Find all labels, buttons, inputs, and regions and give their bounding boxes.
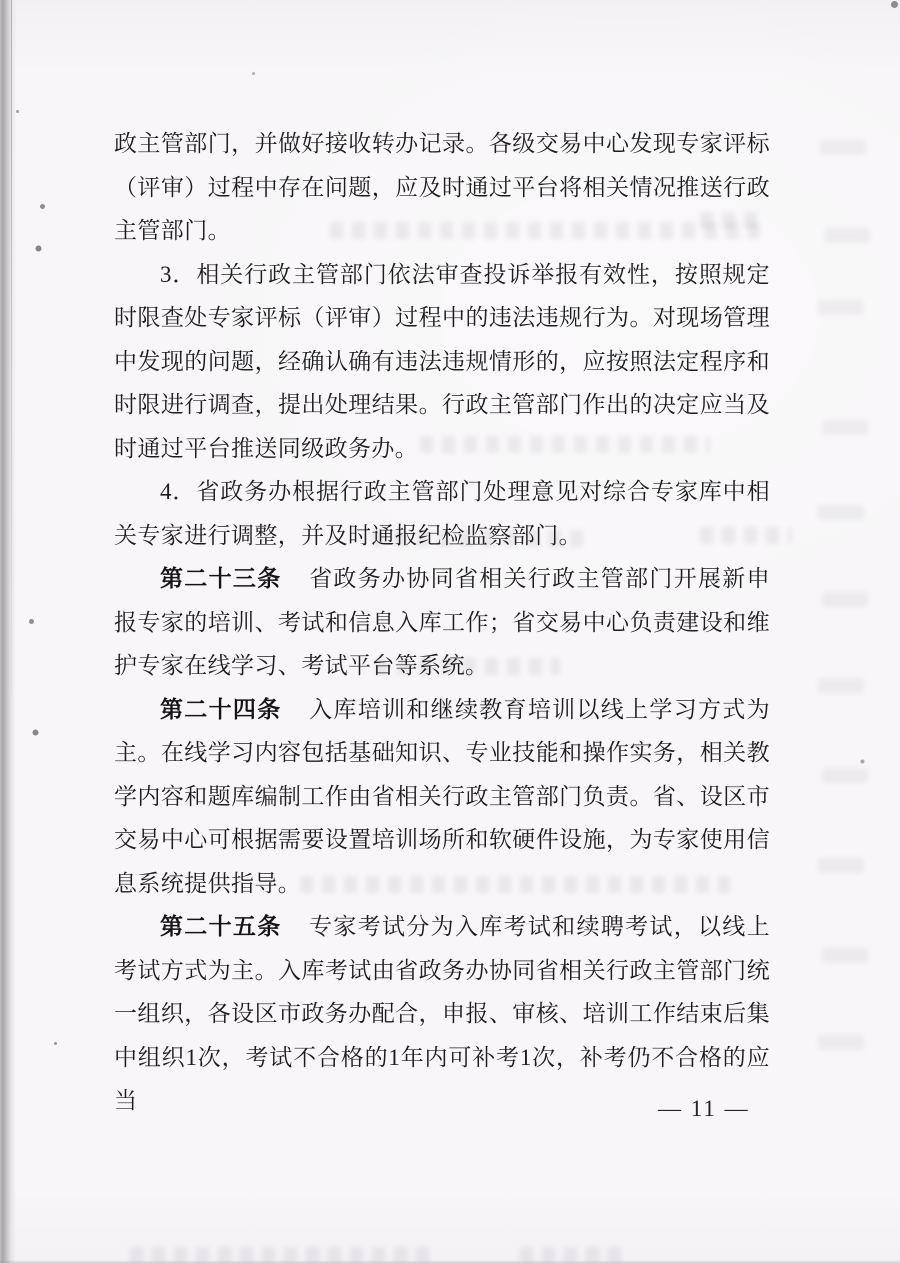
ink-bleedthrough-blob bbox=[822, 768, 868, 783]
paragraph-text: 4．省政务办根据行政主管部门处理意见对综合专家库中相关专家进行调整，并及时通报纪… bbox=[114, 479, 770, 548]
ink-bleedthrough-blob bbox=[824, 228, 870, 243]
scanned-document-page: 政主管部门，并做好接收转办记录。各级交易中心发现专家评标（评审）过程中存在问题，… bbox=[0, 0, 900, 1263]
article-paragraph: 第二十四条入库培训和继续教育培训以线上学习方式为主。在线学习内容包括基础知识、专… bbox=[114, 688, 770, 906]
ink-bleedthrough-blob bbox=[818, 505, 864, 520]
article-number-heading: 第二十五条 bbox=[160, 914, 282, 939]
paragraph: 3．相关行政主管部门依法审查投诉举报有效性，按照规定时限查处专家评标（评审）过程… bbox=[114, 253, 770, 471]
article-paragraph: 第二十三条省政务办协同省相关行政主管部门开展新申报专家的培训、考试和信息入库工作… bbox=[114, 557, 770, 688]
paragraph: 政主管部门，并做好接收转办记录。各级交易中心发现专家评标（评审）过程中存在问题，… bbox=[114, 122, 770, 253]
article-paragraph: 第二十五条专家考试分为入库考试和续聘考试，以线上考试方式为主。入库考试由省政务办… bbox=[114, 905, 770, 1123]
paragraph-text: 专家考试分为入库考试和续聘考试，以线上考试方式为主。入库考试由省政务办协同省相关… bbox=[114, 914, 770, 1113]
ink-bleedthrough-blob bbox=[818, 300, 864, 315]
paragraph-text: 3．相关行政主管部门依法审查投诉举报有效性，按照规定时限查处专家评标（评审）过程… bbox=[114, 262, 770, 461]
paragraph: 4．省政务办根据行政主管部门处理意见对综合专家库中相关专家进行调整，并及时通报纪… bbox=[114, 470, 770, 557]
page-number: — 11 — bbox=[658, 1095, 750, 1123]
article-number-heading: 第二十三条 bbox=[160, 566, 282, 591]
ink-bleedthrough-blob bbox=[820, 140, 866, 155]
ink-bleedthrough-blob bbox=[818, 678, 864, 693]
paragraph-text: 入库培训和继续教育培训以线上学习方式为主。在线学习内容包括基础知识、专业技能和操… bbox=[114, 697, 770, 896]
ink-bleedthrough-blob bbox=[818, 1035, 864, 1050]
ink-bleedthrough-blob bbox=[822, 592, 868, 607]
article-number-heading: 第二十四条 bbox=[160, 697, 282, 722]
ink-bleedthrough-blob bbox=[822, 948, 868, 963]
paragraph-text: 政主管部门，并做好接收转办记录。各级交易中心发现专家评标（评审）过程中存在问题，… bbox=[114, 131, 770, 243]
ink-bleedthrough-blob bbox=[818, 858, 864, 873]
scan-edge-shadow-left bbox=[0, 0, 16, 1263]
ink-bleedthrough-blob bbox=[822, 420, 868, 435]
document-body: 政主管部门，并做好接收转办记录。各级交易中心发现专家评标（评审）过程中存在问题，… bbox=[114, 122, 770, 1123]
